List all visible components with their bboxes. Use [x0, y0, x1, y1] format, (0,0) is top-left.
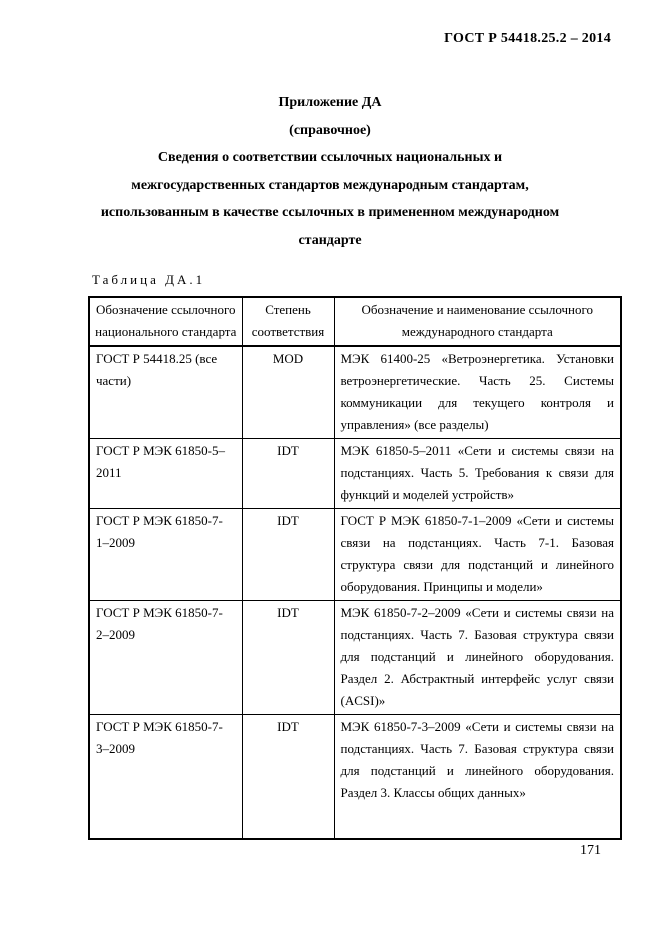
table-row: ГОСТ Р МЭК 61850-7-2–2009 IDT МЭК 61850-… [89, 601, 621, 715]
appendix-heading-line: межгосударственных стандартов международ… [64, 172, 596, 200]
cell-international-standard: ГОСТ Р МЭК 61850-7-1–2009 «Сети и систем… [334, 509, 621, 601]
page-number: 171 [580, 843, 601, 859]
cell-national-standard: ГОСТ Р МЭК 61850-7-3–2009 [89, 715, 242, 840]
col-header-national-standard: Обозначение ссылочного национального ста… [89, 297, 242, 346]
doc-code: ГОСТ Р 54418.25.2 – 2014 [444, 31, 611, 47]
table-header-row: Обозначение ссылочного национального ста… [89, 297, 621, 346]
col-header-degree: Степень соответствия [242, 297, 334, 346]
standards-correspondence-table: Обозначение ссылочного национального ста… [88, 296, 622, 840]
appendix-heading-line: Сведения о соответствии ссылочных национ… [64, 144, 596, 172]
table-row: ГОСТ Р МЭК 61850-7-1–2009 IDT ГОСТ Р МЭК… [89, 509, 621, 601]
appendix-heading-line: стандарте [64, 227, 596, 255]
cell-national-standard: ГОСТ Р МЭК 61850-5–2011 [89, 439, 242, 509]
cell-degree: IDT [242, 601, 334, 715]
cell-national-standard: ГОСТ Р МЭК 61850-7-1–2009 [89, 509, 242, 601]
cell-international-standard: МЭК 61850-7-3–2009 «Сети и системы связи… [334, 715, 621, 840]
cell-degree: IDT [242, 715, 334, 840]
appendix-title: Приложение ДА [64, 89, 596, 117]
col-header-international-standard: Обозначение и наименование ссылочного ме… [334, 297, 621, 346]
cell-degree: IDT [242, 509, 334, 601]
table-label: Таблица ДА.1 [92, 272, 205, 288]
appendix-subtitle: (справочное) [64, 117, 596, 145]
cell-degree: MOD [242, 346, 334, 439]
cell-international-standard: МЭК 61850-7-2–2009 «Сети и системы связи… [334, 601, 621, 715]
cell-national-standard: ГОСТ Р МЭК 61850-7-2–2009 [89, 601, 242, 715]
cell-international-standard: МЭК 61400-25 «Ветроэнергетика. Установки… [334, 346, 621, 439]
table-row: ГОСТ Р 54418.25 (все части) MOD МЭК 6140… [89, 346, 621, 439]
cell-national-standard: ГОСТ Р 54418.25 (все части) [89, 346, 242, 439]
cell-degree: IDT [242, 439, 334, 509]
table-row: ГОСТ Р МЭК 61850-5–2011 IDT МЭК 61850-5–… [89, 439, 621, 509]
appendix-title-block: Приложение ДА (справочное) Сведения о со… [64, 89, 596, 254]
appendix-heading-line: использованным в качестве ссылочных в пр… [64, 199, 596, 227]
cell-international-standard: МЭК 61850-5–2011 «Сети и системы связи н… [334, 439, 621, 509]
table-row: ГОСТ Р МЭК 61850-7-3–2009 IDT МЭК 61850-… [89, 715, 621, 840]
